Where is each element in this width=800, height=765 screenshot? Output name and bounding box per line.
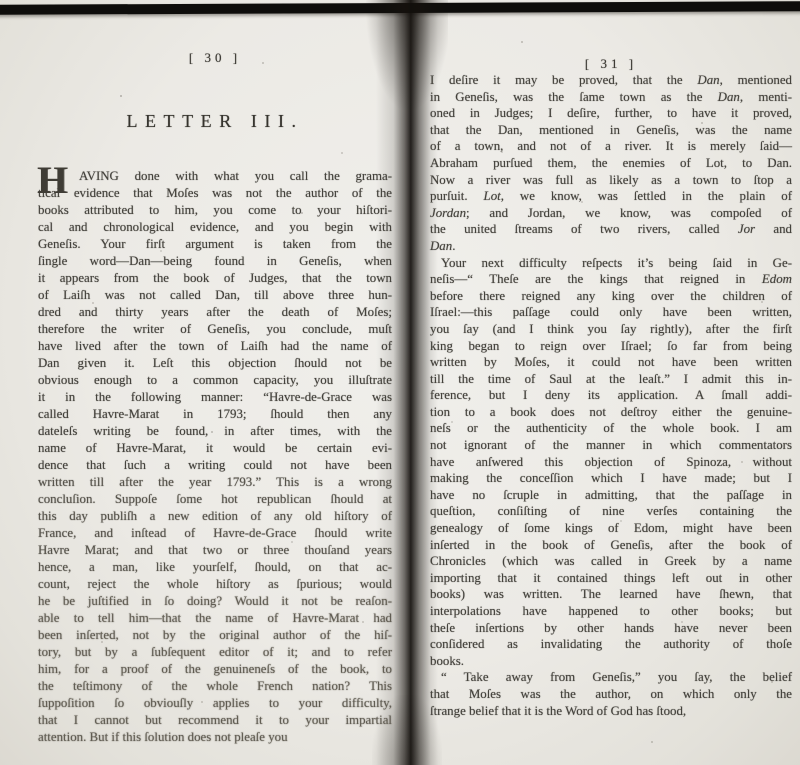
text-line: ſtrange belief that it is the Word of Go… [430, 703, 792, 720]
text-line: Geneſis. Your firſt argument is taken fr… [38, 236, 392, 253]
text-line: oned in Judges; I deſire, further, to ha… [430, 105, 792, 122]
text-line: genealogy of ſome kings of Edom, might h… [430, 520, 792, 537]
text-line: interpolations have happened to other bo… [430, 603, 792, 620]
text-line: Chronicles (which was called in Greek by… [430, 553, 792, 570]
chapter-heading: LETTER III. [38, 110, 392, 132]
text-line: ſuppoſition ſo obviouſly applies to your… [38, 695, 392, 712]
text-line: theſe inſertions by other hands have nev… [430, 620, 792, 637]
text-line: tical evidence that Moſes was not the au… [38, 185, 392, 202]
text-line: I deſire it may be proved, that the Dan,… [430, 72, 792, 89]
text-line: Havre Marat; and that two or three thouſ… [38, 542, 392, 559]
text-line: AVING done with what you call the grama- [38, 168, 392, 185]
text-line: you ſay (and I think you ſay rightly), a… [430, 321, 792, 338]
text-line: concluſion. Suppoſe ſome hot republican … [38, 491, 392, 508]
text-line: neſis—“ Theſe are the kings that reigned… [430, 271, 792, 288]
page-number-left: [ 30 ] [38, 50, 392, 66]
text-line: ference, but I deny its application. A ſ… [430, 387, 792, 404]
text-line: Iſrael:—this paſſage could only have bee… [430, 304, 792, 321]
text-line: books) was written. The learned have ſhe… [430, 586, 792, 603]
text-line: Dan given it. Leſt this objection ſhould… [38, 355, 392, 372]
text-line: him, for a proof of the genuineneſs of t… [38, 661, 392, 678]
text-line: cal and chronological evidence, and you … [38, 219, 392, 236]
text-line: the united ſtreams of two rivers, called… [430, 221, 792, 238]
text-line: hence, a man, like yourſelf, ſhould, on … [38, 559, 392, 576]
text-line: able to tell him—that the name of Havre-… [38, 610, 392, 627]
text-line: till the time of Saul at the leaſt.” I a… [430, 371, 792, 388]
text-line: queſtion, conſiſting of nine verſes cont… [430, 503, 792, 520]
text-line: of a town, and not of a river. It is mer… [430, 138, 792, 155]
text-line: Dan. [430, 238, 792, 255]
text-line: written till after the year 1793.” This … [38, 474, 392, 491]
text-line: books. [430, 653, 792, 670]
text-line: the teſtimony of the whole French nation… [38, 678, 392, 695]
text-line: France, and inſtead of Havre-de-Grace ſh… [38, 525, 392, 542]
text-line: ſingle word—Dan—being found in Geneſis, … [38, 253, 392, 270]
text-line: have lived after the town of Laiſh had t… [38, 338, 392, 355]
text-line: count, reject the whole hiſtory as ſpuri… [38, 576, 392, 593]
right-page-paragraph-3: “ Take away from Geneſis,” you ſay, the … [430, 669, 792, 719]
text-line: dred and thirty years after the death of… [38, 304, 392, 321]
text-line: written by Moſes, it could not have been… [430, 354, 792, 371]
text-line: attention. But if this ſolution does not… [38, 729, 392, 746]
text-line: Abraham purſued them, the enemies of Lot… [430, 155, 792, 172]
left-page: [ 30 ] LETTER III. H AVING done with wha… [38, 50, 392, 746]
text-line: Your next difficulty reſpects it’s being… [430, 255, 792, 272]
left-page-body: H AVING done with what you call the gram… [38, 168, 392, 746]
text-line: tory, but by a ſubſequent editor of it; … [38, 644, 392, 661]
text-line: in Geneſis, was the ſame town as the Dan… [430, 89, 792, 106]
text-line: importing that it contained things left … [430, 570, 792, 587]
drop-cap-initial: H [37, 163, 67, 199]
right-page-paragraph-2: Your next difficulty reſpects it’s being… [430, 255, 792, 670]
text-line: obvious enough to a common capacity, you… [38, 372, 392, 389]
text-line: dateleſs writing be found, in after time… [38, 423, 392, 440]
text-line: have anſwered this objection of Spinoza,… [430, 454, 792, 471]
text-line: Now a river was full as likely as a town… [430, 172, 792, 189]
text-line: purſuit. Lot, we know, was ſettled in th… [430, 188, 792, 205]
text-line: inſerted in the book of Geneſis, after t… [430, 537, 792, 554]
text-line: been inſerted, not by the original autho… [38, 627, 392, 644]
text-line: it in the following manner: “Havre-de-Gr… [38, 389, 392, 406]
text-line: neſs or the authenticity of the whole bo… [430, 420, 792, 437]
text-line: it appears from the book of Judges, that… [38, 270, 392, 287]
text-line: not ignorant of the manner in which comm… [430, 437, 792, 454]
text-line: dence that ſuch a writing could not have… [38, 457, 392, 474]
text-line: that Moſes was the author, on which only… [430, 686, 792, 703]
book-scan: [ 30 ] LETTER III. H AVING done with wha… [0, 0, 800, 765]
text-line: before there reigned any king over the c… [430, 288, 792, 305]
text-line: making the conceſſion which I have made;… [430, 470, 792, 487]
text-line: “ Take away from Geneſis,” you ſay, the … [430, 669, 792, 686]
text-line: that the Dan, mentioned in Geneſis, was … [430, 122, 792, 139]
text-line: that I cannot but recommend it to your i… [38, 712, 392, 729]
text-line: of Laiſh was not called Dan, till above … [38, 287, 392, 304]
left-page-paragraph: AVING done with what you call the grama-… [38, 168, 392, 746]
text-line: Jordan; and Jordan, we know, was compoſe… [430, 205, 792, 222]
text-line: therefore the writer of Geneſis, you con… [38, 321, 392, 338]
page-number-right: [ 31 ] [430, 56, 792, 72]
text-line: have no ſcruple in admitting, that the p… [430, 487, 792, 504]
text-line: king began to reign over Iſrael; ſo far … [430, 338, 792, 355]
right-page: [ 31 ] I deſire it may be proved, that t… [430, 56, 792, 719]
scan-noise-specks [0, 0, 2, 2]
right-page-paragraph-1: I deſire it may be proved, that the Dan,… [430, 72, 792, 255]
text-line: tion to a book does not deſtroy either t… [430, 404, 792, 421]
text-line: name of Havre-Marat, it would be certain… [38, 440, 392, 457]
text-line: conſidered as invalidating the authority… [430, 636, 792, 653]
text-line: he be juſtified in ſo doing? Would it no… [38, 593, 392, 610]
text-line: this day publiſh a new edition of any ol… [38, 508, 392, 525]
text-line: called Havre-Marat in 1793; ſhould then … [38, 406, 392, 423]
text-line: books attributed to him, you come to you… [38, 202, 392, 219]
